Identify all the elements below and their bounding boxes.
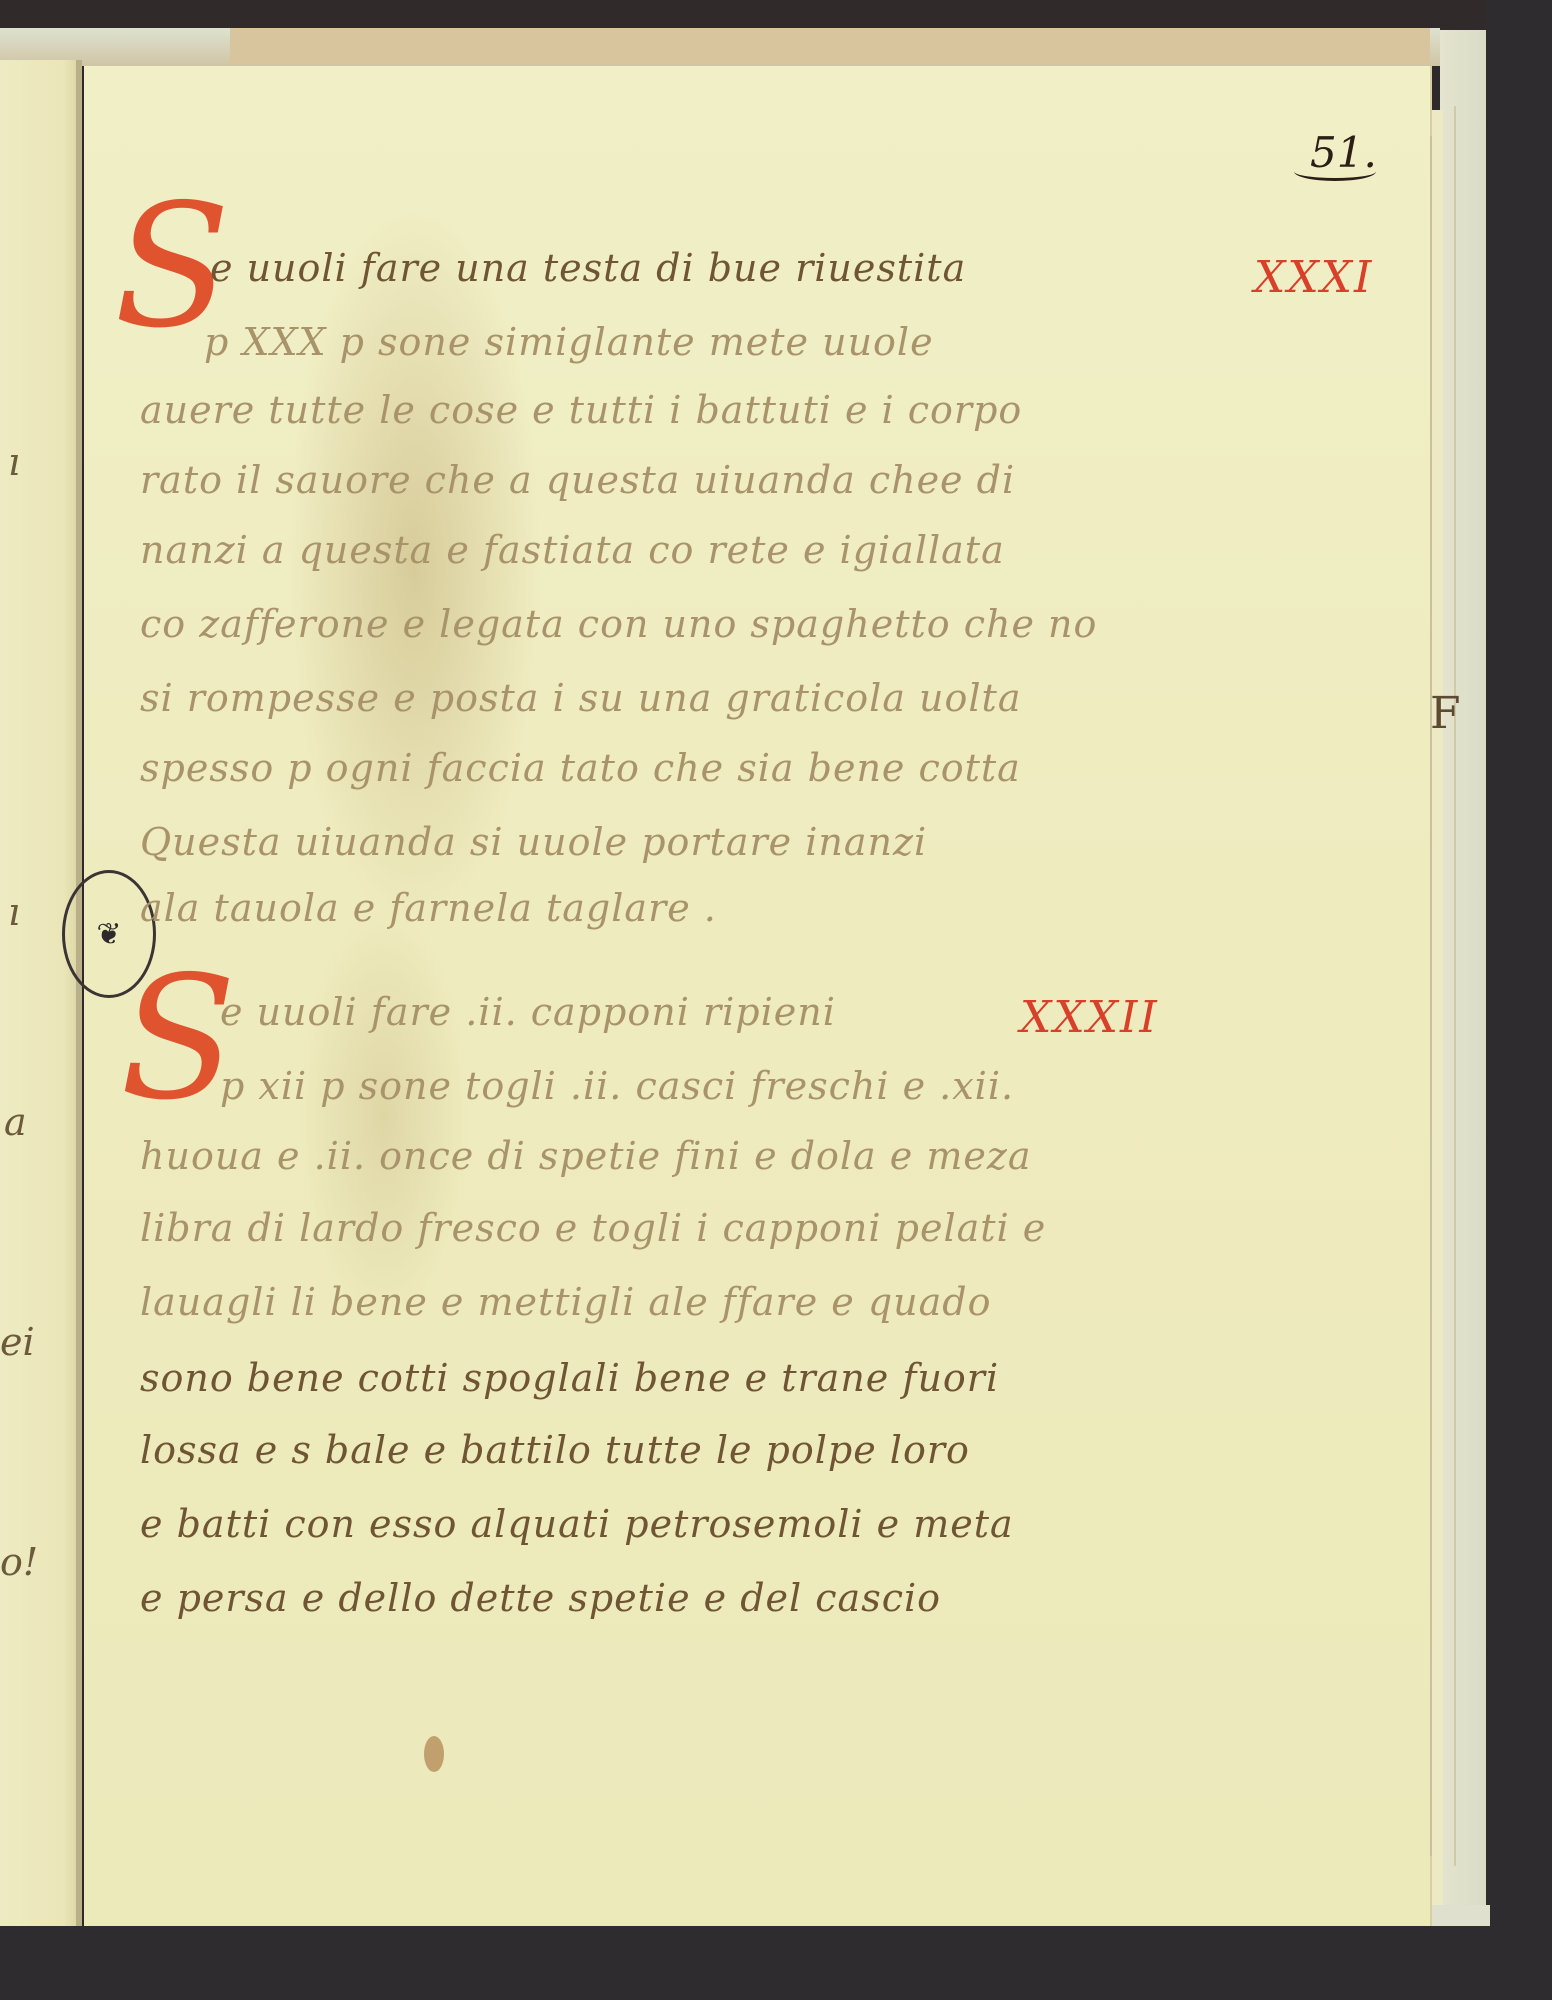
- text-line: libra di lardo fresco e togli i capponi …: [140, 1206, 1046, 1250]
- facing-page-edge: ı ı a ei o!: [0, 60, 80, 1926]
- book-gutter: [76, 60, 82, 1926]
- text-line: lauagli li bene e mettigli ale ffare e q…: [140, 1280, 992, 1324]
- stamp-glyph: ❦: [96, 917, 121, 952]
- binding-strip-tan: [230, 28, 1430, 64]
- text-line: nanzi a questa e fastiata co rete e igia…: [140, 528, 1005, 572]
- facing-page-mark: ı: [8, 890, 20, 934]
- scan-background-top: [0, 0, 1552, 30]
- leaf-edge-line: [1454, 106, 1456, 1866]
- recipe-rubric-number: XXXII: [1020, 992, 1159, 1043]
- facing-page-mark: ı: [8, 440, 20, 484]
- text-line: si rompesse e posta i su una graticola u…: [140, 676, 1021, 720]
- text-line: e uuoli fare una testa di bue riuestita: [210, 246, 966, 290]
- scan-background-bottom: [0, 1926, 1552, 2000]
- facing-page-mark: a: [4, 1100, 27, 1144]
- text-line: co zafferone e legata con uno spaghetto …: [140, 602, 1097, 646]
- recipe-rubric-number: XXXI: [1254, 252, 1373, 303]
- leaf-edge-line: [1430, 136, 1432, 1856]
- text-line: sono bene cotti spoglali bene e trane fu…: [140, 1356, 999, 1400]
- ink-stain: [424, 1736, 444, 1772]
- text-line: spesso p ogni faccia tato che sia bene c…: [140, 746, 1021, 790]
- text-line: lossa e s bale e battilo tutte le polpe …: [140, 1428, 970, 1472]
- facing-page-mark: o!: [0, 1540, 38, 1584]
- text-line: rato il sauore che a questa uiuanda chee…: [140, 458, 1015, 502]
- binding-frame-right: [1440, 30, 1486, 1930]
- text-line: huoua e .ii. once di spetie fini e dola …: [140, 1134, 1032, 1178]
- text-line: p xii p sone togli .ii. casci freschi e …: [220, 1064, 1014, 1108]
- text-line: auere tutte le cose e tutti i battuti e …: [140, 388, 1022, 432]
- text-line: Questa uiuanda si uuole portare inanzi: [140, 820, 927, 864]
- decorated-initial: S: [120, 954, 236, 1124]
- text-line: e batti con esso alquati petrosemoli e m…: [140, 1502, 1014, 1546]
- scan-background-right: [1486, 0, 1552, 2000]
- manuscript-leaf: 51. F ❦ S XXXI e uuoli fare una testa di…: [84, 66, 1432, 1926]
- facing-page-mark: ei: [0, 1320, 35, 1364]
- text-line: e uuoli fare .ii. capponi ripieni: [220, 990, 836, 1034]
- folio-underline: [1294, 162, 1376, 181]
- margin-letter: F: [1430, 688, 1461, 739]
- text-line: p XXX p sone simiglante mete uuole: [204, 320, 934, 364]
- text-line: ala tauola e farnela taglare .: [140, 886, 717, 930]
- text-line: e persa e dello dette spetie e del casci…: [140, 1576, 941, 1620]
